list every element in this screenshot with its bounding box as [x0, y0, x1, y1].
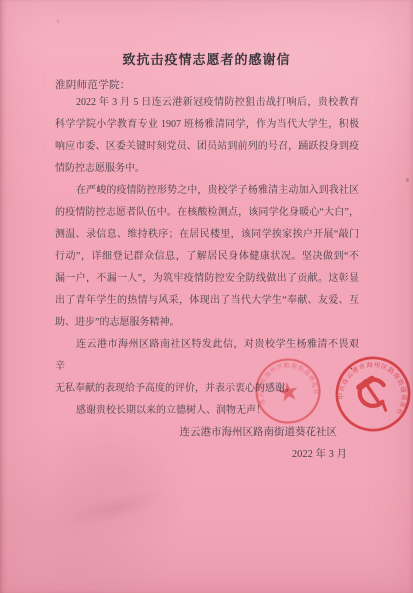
letter-line: 情防控志愿服务中。 — [55, 158, 359, 180]
paper-speck — [57, 20, 59, 23]
letter-line: 响应市委、区委关键时刻党员、团员站到前列的号召，踊跃投身到疫 — [55, 136, 359, 158]
letter-line: 2022 年 3 月 5 日连云港新冠疫情防控狙击战打响后，贵校教育 — [55, 92, 359, 114]
letter-line: 科学学院小学教育专业 1907 班杨雅清同学，作为当代大学生，积极 — [55, 114, 359, 136]
letter-line: 漏一户，不漏一人”，为筑牢疫情防控安全防线做出了贡献。这彰显 — [55, 268, 359, 290]
letter-line: 连云港市海州区路南社区特发此信，对贵校学生杨雅清不畏艰辛、 — [55, 334, 359, 378]
thank-you-letter-page: 致抗击疫情志愿者的感谢信 淮阴师范学院： 2022 年 3 月 5 日连云港新冠… — [0, 0, 413, 593]
hammer-sickle-icon — [356, 377, 391, 411]
paper-speck — [406, 178, 409, 182]
letter-title: 致抗击疫情志愿者的感谢信 — [0, 49, 413, 68]
letter-salutation: 淮阴师范学院： — [55, 77, 131, 92]
letter-line: 测温、录信息、维持秩序；在居民楼里，该同学挨家挨户开展“敲门 — [55, 224, 359, 246]
letter-line: 无私奉献的表现给予高度的评价，并表示衷心的感谢。 — [55, 378, 359, 400]
letter-line: 出了青年学生的热情与风采，体现出了当代大学生“奉献、友爱、互 — [55, 290, 359, 312]
letter-signature: 连云港市海州区路南街道葵花社区 — [55, 422, 359, 444]
letter-line: 的疫情防控志愿者队伍中。在核酸检测点，该同学化身暖心“大白”， — [55, 202, 359, 224]
letter-date: 2022 年 3 月 — [55, 444, 359, 466]
letter-body: 2022 年 3 月 5 日连云港新冠疫情防控狙击战打响后，贵校教育 科学学院小… — [55, 92, 359, 466]
letter-line: 在严峻的疫情防控形势之中，贵校学子杨雅清主动加入到我社区 — [55, 180, 359, 202]
letter-line: 行动”，详细登记群众信息，了解居民身体健康状况。坚决做到“不 — [55, 246, 359, 268]
letter-line: 感谢贵校长期以来的立德树人、润物无声！ — [55, 400, 359, 422]
paper-crease — [35, 461, 195, 556]
letter-line: 助、进步”的志愿服务精神。 — [55, 312, 359, 334]
